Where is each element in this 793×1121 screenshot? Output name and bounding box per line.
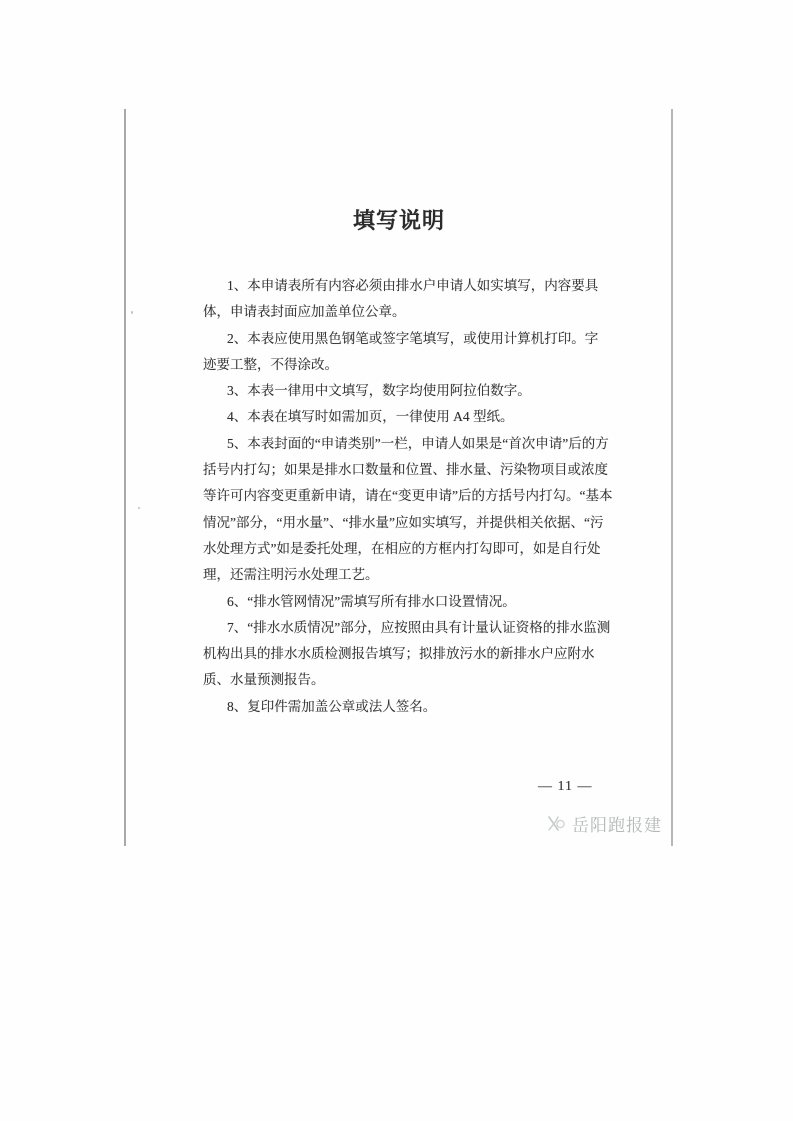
instruction-line: 8、复印件需加盖公章或法人签名。 (203, 694, 612, 720)
instruction-line: 质、水量预测报告。 (203, 667, 612, 693)
scan-artifact (138, 507, 140, 509)
instruction-line: 水处理方式”如是委托处理，在相应的方框内打勾即可，如是自行处 (203, 536, 612, 562)
scan-artifact (131, 311, 133, 314)
instructions-text: 1、本申请表所有内容必须由排水户申请人如实填写，内容要具 体，申请表封面应加盖单… (203, 273, 612, 720)
instruction-line: 4、本表在填写时如需加页，一律使用 A4 型纸。 (203, 404, 612, 430)
instruction-line: 情况”部分，“用水量”、“排水量”应如实填写，并提供相关依据、“污 (203, 510, 612, 536)
instruction-line: 等许可内容变更重新申请，请在“变更申请”后的方括号内打勾。“基本 (203, 483, 612, 509)
instruction-line: 6、“排水管网情况”需填写所有排水口设置情况。 (203, 589, 612, 615)
instruction-line: 5、本表封面的“申请类别”一栏，申请人如果是“首次申请”后的方 (203, 431, 612, 457)
watermark-text: 岳阳跑报建 (572, 811, 662, 836)
instruction-line: 体，申请表封面应加盖单位公章。 (203, 299, 612, 325)
instruction-line: 7、“排水水质情况”部分，应按照由具有计量认证资格的排水监测 (203, 615, 612, 641)
instruction-line: 迹要工整，不得涂改。 (203, 352, 612, 378)
instruction-line: 2、本表应使用黑色钢笔或签字笔填写，或使用计算机打印。字 (203, 326, 612, 352)
instruction-line: 1、本申请表所有内容必须由排水户申请人如实填写，内容要具 (203, 273, 612, 299)
page-number: — 11 — (538, 779, 592, 795)
watermark: 岳阳跑报建 (546, 811, 662, 836)
instruction-line: 3、本表一律用中文填写，数字均使用阿拉伯数字。 (203, 378, 612, 404)
instruction-line: 机构出具的排水水质检测报告填写；拟排放污水的新排水户应附水 (203, 641, 612, 667)
instruction-line: 理，还需注明污水处理工艺。 (203, 562, 612, 588)
document-title: 填写说明 (124, 204, 674, 235)
instruction-line: 括号内打勾；如果是排水口数量和位置、排水量、污染物项目或浓度 (203, 457, 612, 483)
runner-logo-icon (546, 814, 568, 834)
